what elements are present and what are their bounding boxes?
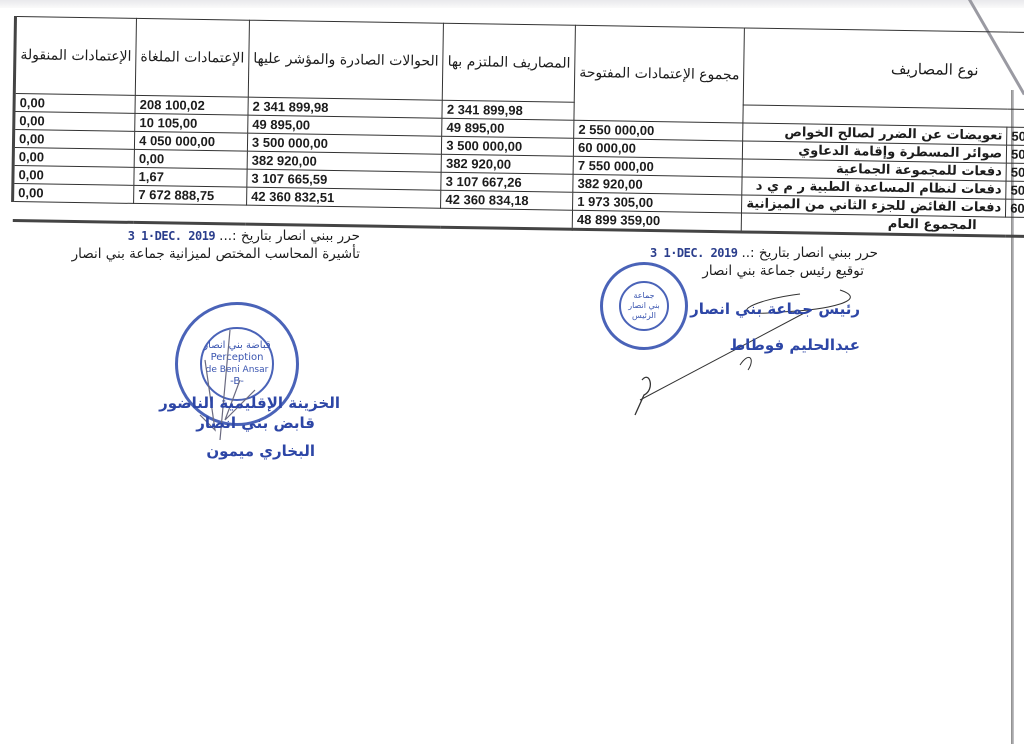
cell-cancelled: 208 100,02 bbox=[135, 95, 248, 115]
cell-committed: 49 895,00 bbox=[442, 118, 574, 138]
cell-carried: 0,00 bbox=[13, 166, 134, 186]
cell-cancelled: 4 050 000,00 bbox=[135, 131, 248, 151]
accountant-name: البخاري ميمون bbox=[150, 442, 315, 460]
code-cell: 50 bbox=[1006, 145, 1024, 163]
code-cell: 50 bbox=[1007, 127, 1024, 145]
cell-carried: 0,00 bbox=[14, 112, 135, 132]
code-cell: 50 bbox=[1006, 163, 1024, 181]
code-cell: 50 bbox=[1006, 181, 1024, 199]
cell-committed: 2 341 899,98 bbox=[442, 100, 574, 120]
scanned-page: نوع المصاريف مجموع الإعتمادات المفتوحة ا… bbox=[0, 0, 1024, 744]
scan-edge-top bbox=[0, 0, 1024, 8]
header-committed-expenses: المصاريف الملتزم بها bbox=[443, 23, 576, 102]
code-cell: 60 bbox=[1006, 199, 1024, 217]
cell-cancelled: 0,00 bbox=[134, 149, 247, 169]
total-cancelled: 7 672 888,75 bbox=[134, 185, 247, 205]
date-stamp: 3 1·DEC. 2019 bbox=[128, 229, 215, 243]
cell-committed: 3 107 667,26 bbox=[441, 172, 573, 192]
president-title: رئيس جماعة بني انصار bbox=[680, 300, 860, 318]
cell-committed: 3 500 000,00 bbox=[442, 136, 574, 156]
header-carried-credits: الإعتمادات المنقولة bbox=[14, 17, 136, 96]
written-at-label: حرر ببني انصار بتاريخ :... bbox=[219, 228, 360, 244]
total-label: المجموع العام bbox=[742, 213, 1024, 238]
total-carried: 0,00 bbox=[13, 184, 134, 204]
header-issued-transfers: الحوالات الصادرة والمؤشر عليها bbox=[248, 20, 444, 100]
total-issued: 42 360 832,51 bbox=[246, 187, 441, 208]
budget-table: نوع المصاريف مجموع الإعتمادات المفتوحة ا… bbox=[11, 16, 1024, 239]
cell-carried: 0,00 bbox=[13, 130, 134, 150]
cell-committed: 382 920,00 bbox=[441, 154, 573, 174]
treasury-name-line2: قابض بني انصار bbox=[150, 414, 315, 432]
president-name: عبدالحليم فوطاط bbox=[680, 336, 860, 354]
header-total-open-credits: مجموع الإعتمادات المفتوحة bbox=[574, 25, 745, 123]
header-expense-type: نوع المصاريف bbox=[744, 28, 1024, 111]
accountant-visa-title: تأشيرة المحاسب المختص لميزانية جماعة بني… bbox=[60, 246, 360, 262]
cell-cancelled: 10 105,00 bbox=[135, 113, 248, 133]
cell-carried: 0,00 bbox=[14, 94, 135, 114]
total-open: 48 899 359,00 bbox=[572, 210, 741, 232]
total-committed: 42 360 834,18 bbox=[441, 190, 573, 210]
written-at-label: حرر ببني انصار بتاريخ :.. bbox=[741, 245, 878, 261]
cell-cancelled: 1,67 bbox=[134, 167, 247, 187]
treasury-name-line1: الخزينة الإقليمية الناضور bbox=[150, 394, 340, 412]
accountant-signature-block: حرر ببني انصار بتاريخ :... 3 1·DEC. 2019… bbox=[60, 228, 360, 262]
date-stamp: 3 1·DEC. 2019 bbox=[650, 246, 737, 260]
header-cancelled-credits: الإعتمادات الملغاة bbox=[135, 18, 249, 97]
cell-carried: 0,00 bbox=[13, 148, 134, 168]
